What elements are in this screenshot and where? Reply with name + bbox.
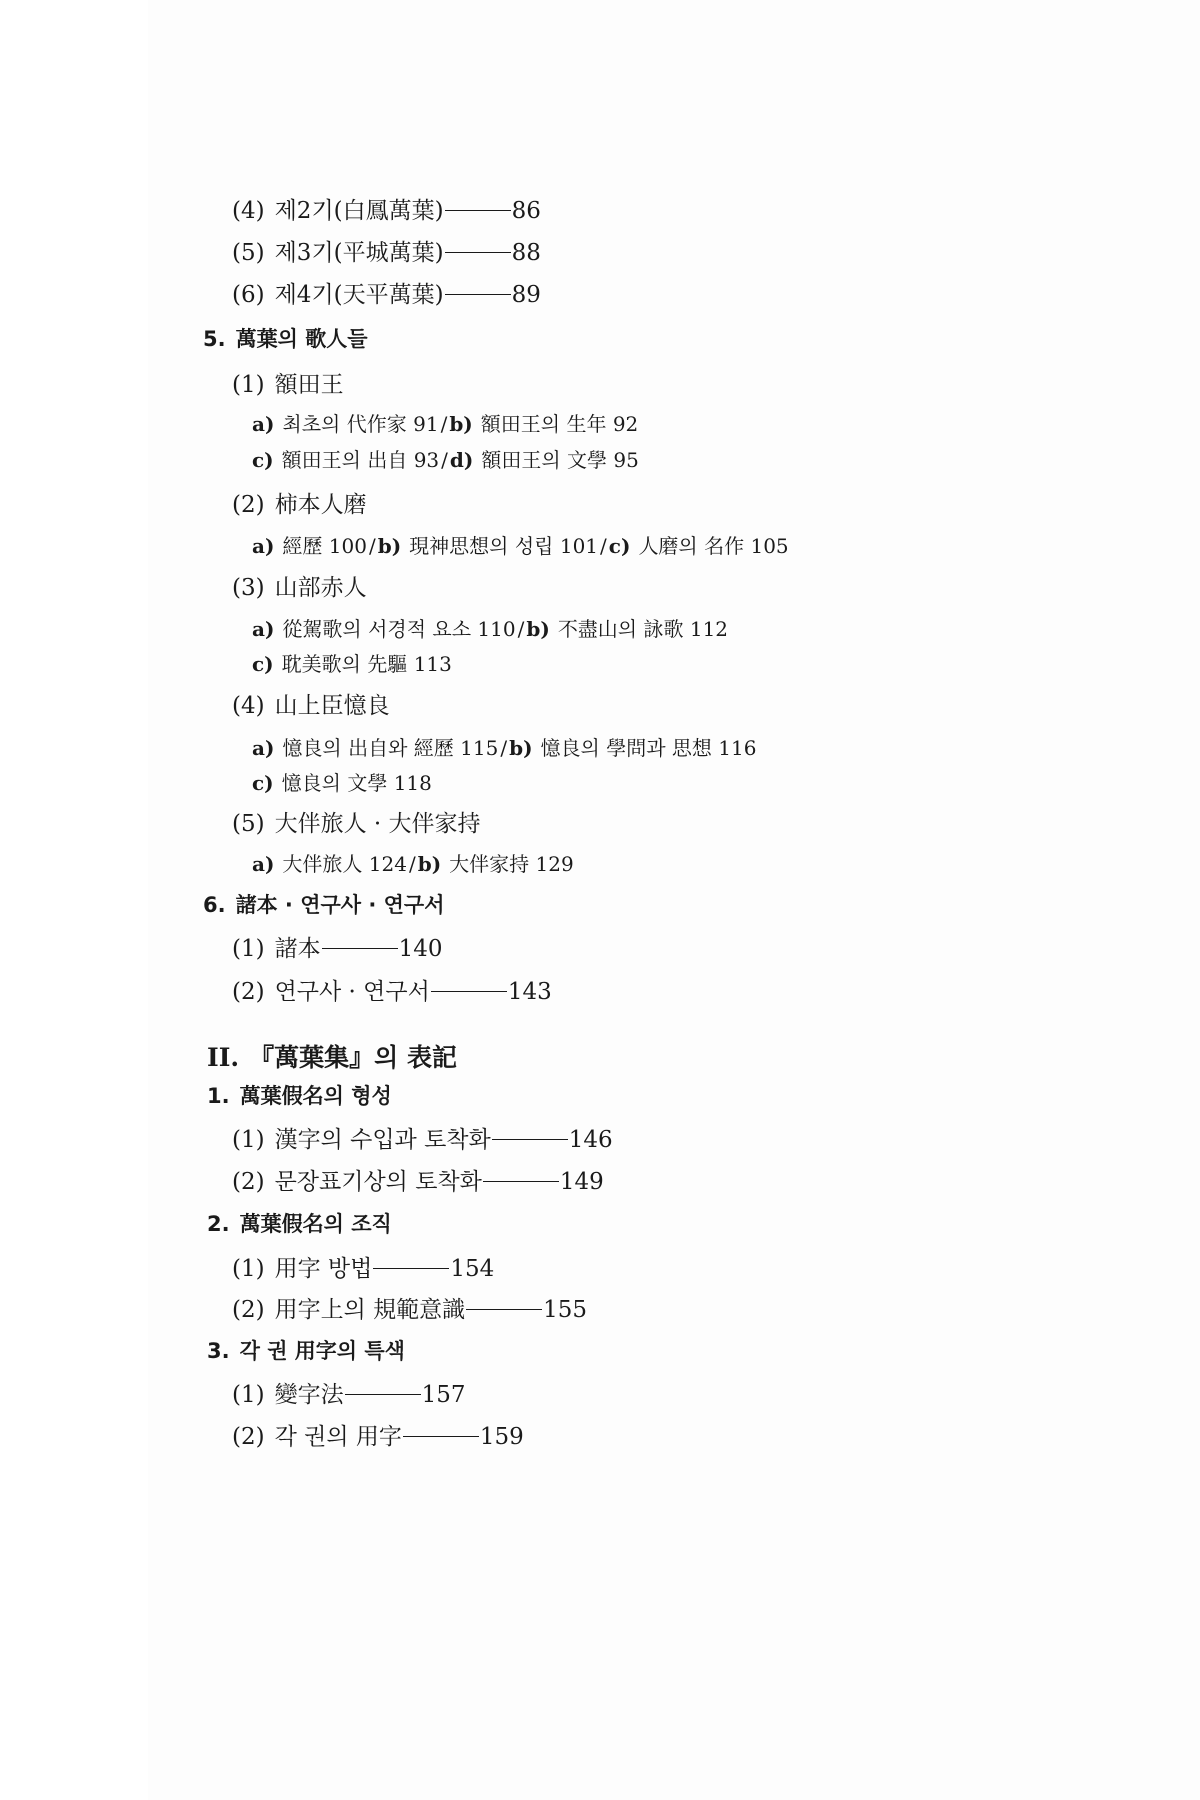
page-number: 140 xyxy=(399,936,443,962)
entry-number: (2) xyxy=(232,1424,265,1450)
entry-number: (1) xyxy=(232,1382,265,1408)
toc-subentry-line: c)耽美歌의 先驅 113 xyxy=(252,654,452,674)
page-number: 93 xyxy=(414,448,439,472)
page-number: 115 xyxy=(460,736,498,760)
toc-part-heading: II.『萬葉集』의 表記 xyxy=(207,1045,457,1070)
page-number: 154 xyxy=(450,1256,494,1282)
toc-section-heading: 1.萬葉假名의 형성 xyxy=(207,1086,392,1107)
toc-entry: (5)大伴旅人 · 大伴家持 xyxy=(232,813,481,836)
page-number: 129 xyxy=(536,852,574,876)
entry-number: (2) xyxy=(232,979,265,1005)
entry-number: (1) xyxy=(232,1127,265,1153)
entry-title: 연구사 · 연구서 xyxy=(275,979,430,1005)
entry-title: 제3기(平城萬葉) xyxy=(275,240,444,266)
toc-entry: (4)山上臣憶良 xyxy=(232,695,390,718)
page-number: 124 xyxy=(369,852,407,876)
toc-subentry-line: a)大伴旅人 124/b)大伴家持 129 xyxy=(252,854,574,874)
entry-title: 萬葉假名의 형성 xyxy=(240,1084,392,1108)
toc-entry: (3)山部赤人 xyxy=(232,577,367,600)
toc-entry: (2)用字上의 規範意識155 xyxy=(232,1299,587,1322)
entry-number: (1) xyxy=(232,1256,265,1282)
item-title: 額田王의 文學 xyxy=(481,448,607,472)
entry-title: 大伴旅人 · 大伴家持 xyxy=(275,811,481,837)
entry-number: (4) xyxy=(232,198,265,224)
toc-section-heading: 5.萬葉의 歌人들 xyxy=(203,329,367,350)
toc-subentry-line: a)최초의 代作家 91/b)額田王의 生年 92 xyxy=(252,414,638,434)
entry-number: (1) xyxy=(232,372,265,398)
entry-title: 山上臣憶良 xyxy=(275,693,390,719)
toc-entry: (6)제4기(天平萬葉)89 xyxy=(232,284,541,307)
entry-number: (2) xyxy=(232,1169,265,1195)
toc-entry: (4)제2기(白鳳萬葉)86 xyxy=(232,200,541,223)
slash-separator: / xyxy=(500,736,507,760)
entry-title: 漢字의 수입과 토착화 xyxy=(275,1127,491,1153)
page-number: 86 xyxy=(512,198,541,224)
item-marker: b) xyxy=(509,736,532,760)
entry-number: 5. xyxy=(203,327,226,351)
page-number: 146 xyxy=(569,1127,613,1153)
entry-title: 제2기(白鳳萬葉) xyxy=(275,198,444,224)
toc-subentry-line: a)經歷 100/b)現神思想의 성립 101/c)人磨의 名作 105 xyxy=(252,536,789,556)
entry-title: 문장표기상의 토착화 xyxy=(275,1169,482,1195)
entry-number: 1. xyxy=(207,1084,230,1108)
dash-leader xyxy=(403,1436,479,1437)
dash-leader xyxy=(466,1309,542,1310)
page-number: 149 xyxy=(560,1169,604,1195)
entry-number: 6. xyxy=(203,893,226,917)
slash-separator: / xyxy=(441,412,448,436)
entry-title: 額田王 xyxy=(275,372,344,398)
item-title: 不盡山의 詠歌 xyxy=(558,617,684,641)
item-title: 大伴旅人 xyxy=(282,852,362,876)
page-number: 105 xyxy=(750,534,788,558)
entry-title: 變字法 xyxy=(275,1382,344,1408)
item-title: 憶良의 學問과 思想 xyxy=(541,736,712,760)
toc-subentry-line: c)額田王의 出自 93/d)額田王의 文學 95 xyxy=(252,450,639,470)
item-marker: a) xyxy=(252,852,274,876)
toc-entry: (1)用字 방법154 xyxy=(232,1258,494,1281)
dash-leader xyxy=(445,252,511,253)
item-marker: c) xyxy=(252,771,274,795)
item-marker: a) xyxy=(252,534,274,558)
entry-title: 제4기(天平萬葉) xyxy=(275,282,444,308)
page-number: 159 xyxy=(480,1424,524,1450)
toc-subentry-line: a)憶良의 出自와 經歷 115/b)憶良의 學問과 思想 116 xyxy=(252,738,756,758)
entry-number: II. xyxy=(207,1043,239,1072)
item-marker: c) xyxy=(609,534,631,558)
entry-number: (5) xyxy=(232,811,265,837)
entry-number: 2. xyxy=(207,1212,230,1236)
dash-leader xyxy=(483,1181,559,1182)
dash-leader xyxy=(431,991,507,992)
toc-entry: (1)諸本140 xyxy=(232,938,443,961)
item-title: 從駕歌의 서경적 요소 xyxy=(282,617,471,641)
dash-leader xyxy=(445,294,511,295)
slash-separator: / xyxy=(518,617,525,641)
dash-leader xyxy=(373,1268,449,1269)
entry-title: 『萬葉集』의 表記 xyxy=(249,1043,457,1072)
item-marker: c) xyxy=(252,448,274,472)
item-marker: b) xyxy=(526,617,549,641)
toc-entry: (2)각 권의 用字159 xyxy=(232,1426,524,1449)
page-number: 116 xyxy=(718,736,756,760)
toc-entry: (1)額田王 xyxy=(232,374,344,397)
item-title: 額田王의 出自 xyxy=(282,448,408,472)
entry-number: (2) xyxy=(232,492,265,518)
page-number: 113 xyxy=(414,652,452,676)
item-title: 憶良의 文學 xyxy=(282,771,388,795)
dash-leader xyxy=(322,948,398,949)
entry-number: (5) xyxy=(232,240,265,266)
entry-number: (2) xyxy=(232,1297,265,1323)
entry-number: (4) xyxy=(232,693,265,719)
toc-entry: (1)漢字의 수입과 토착화146 xyxy=(232,1129,613,1152)
toc-entry: (2)연구사 · 연구서143 xyxy=(232,981,552,1004)
entry-title: 用字上의 規範意識 xyxy=(275,1297,466,1323)
page-number: 143 xyxy=(508,979,552,1005)
entry-title: 柿本人磨 xyxy=(275,492,367,518)
item-marker: a) xyxy=(252,412,274,436)
item-marker: a) xyxy=(252,617,274,641)
toc-subentry-line: a)從駕歌의 서경적 요소 110/b)不盡山의 詠歌 112 xyxy=(252,619,728,639)
entry-number: (1) xyxy=(232,936,265,962)
page-number: 157 xyxy=(422,1382,466,1408)
slash-separator: / xyxy=(369,534,376,558)
item-marker: b) xyxy=(418,852,441,876)
page-number: 89 xyxy=(512,282,541,308)
slash-separator: / xyxy=(409,852,416,876)
entry-title: 각 권 用字의 특색 xyxy=(240,1339,405,1363)
toc-entry: (1)變字法157 xyxy=(232,1384,466,1407)
toc-section-heading: 3.각 권 用字의 특색 xyxy=(207,1341,405,1362)
toc-entry: (5)제3기(平城萬葉)88 xyxy=(232,242,541,265)
page-number: 112 xyxy=(690,617,728,641)
page-number: 100 xyxy=(329,534,367,558)
page-number: 95 xyxy=(613,448,638,472)
page-number: 91 xyxy=(413,412,438,436)
item-title: 經歷 xyxy=(282,534,322,558)
item-title: 大伴家持 xyxy=(449,852,529,876)
toc-section-heading: 6.諸本 · 연구사 · 연구서 xyxy=(203,895,445,916)
entry-title: 萬葉假名의 조직 xyxy=(240,1212,392,1236)
page-number: 92 xyxy=(613,412,638,436)
dash-leader xyxy=(445,210,511,211)
entry-title: 用字 방법 xyxy=(275,1256,373,1282)
page-number: 118 xyxy=(394,771,432,795)
item-title: 憶良의 出自와 經歷 xyxy=(282,736,453,760)
entry-number: (6) xyxy=(232,282,265,308)
item-marker: b) xyxy=(378,534,401,558)
page-number: 110 xyxy=(477,617,515,641)
toc-subentry-line: c)憶良의 文學 118 xyxy=(252,773,432,793)
entry-title: 山部赤人 xyxy=(275,575,367,601)
item-marker: a) xyxy=(252,736,274,760)
item-title: 人磨의 名作 xyxy=(638,534,744,558)
item-title: 現神思想의 성립 xyxy=(409,534,553,558)
item-marker: d) xyxy=(450,448,473,472)
slash-separator: / xyxy=(600,534,607,558)
toc-section-heading: 2.萬葉假名의 조직 xyxy=(207,1214,392,1235)
entry-title: 諸本 · 연구사 · 연구서 xyxy=(236,893,445,917)
entry-number: 3. xyxy=(207,1339,230,1363)
toc-entry: (2)문장표기상의 토착화149 xyxy=(232,1171,604,1194)
toc-entry: (2)柿本人磨 xyxy=(232,494,367,517)
item-marker: c) xyxy=(252,652,274,676)
page-number: 88 xyxy=(512,240,541,266)
dash-leader xyxy=(492,1139,568,1140)
entry-title: 諸本 xyxy=(275,936,321,962)
entry-title: 각 권의 用字 xyxy=(275,1424,402,1450)
dash-leader xyxy=(345,1394,421,1395)
page-number: 155 xyxy=(543,1297,587,1323)
item-title: 額田王의 生年 xyxy=(481,412,607,436)
entry-number: (3) xyxy=(232,575,265,601)
slash-separator: / xyxy=(441,448,448,472)
item-title: 耽美歌의 先驅 xyxy=(282,652,408,676)
item-title: 최초의 代作家 xyxy=(282,412,406,436)
entry-title: 萬葉의 歌人들 xyxy=(236,327,368,351)
page-number: 101 xyxy=(560,534,598,558)
item-marker: b) xyxy=(449,412,472,436)
